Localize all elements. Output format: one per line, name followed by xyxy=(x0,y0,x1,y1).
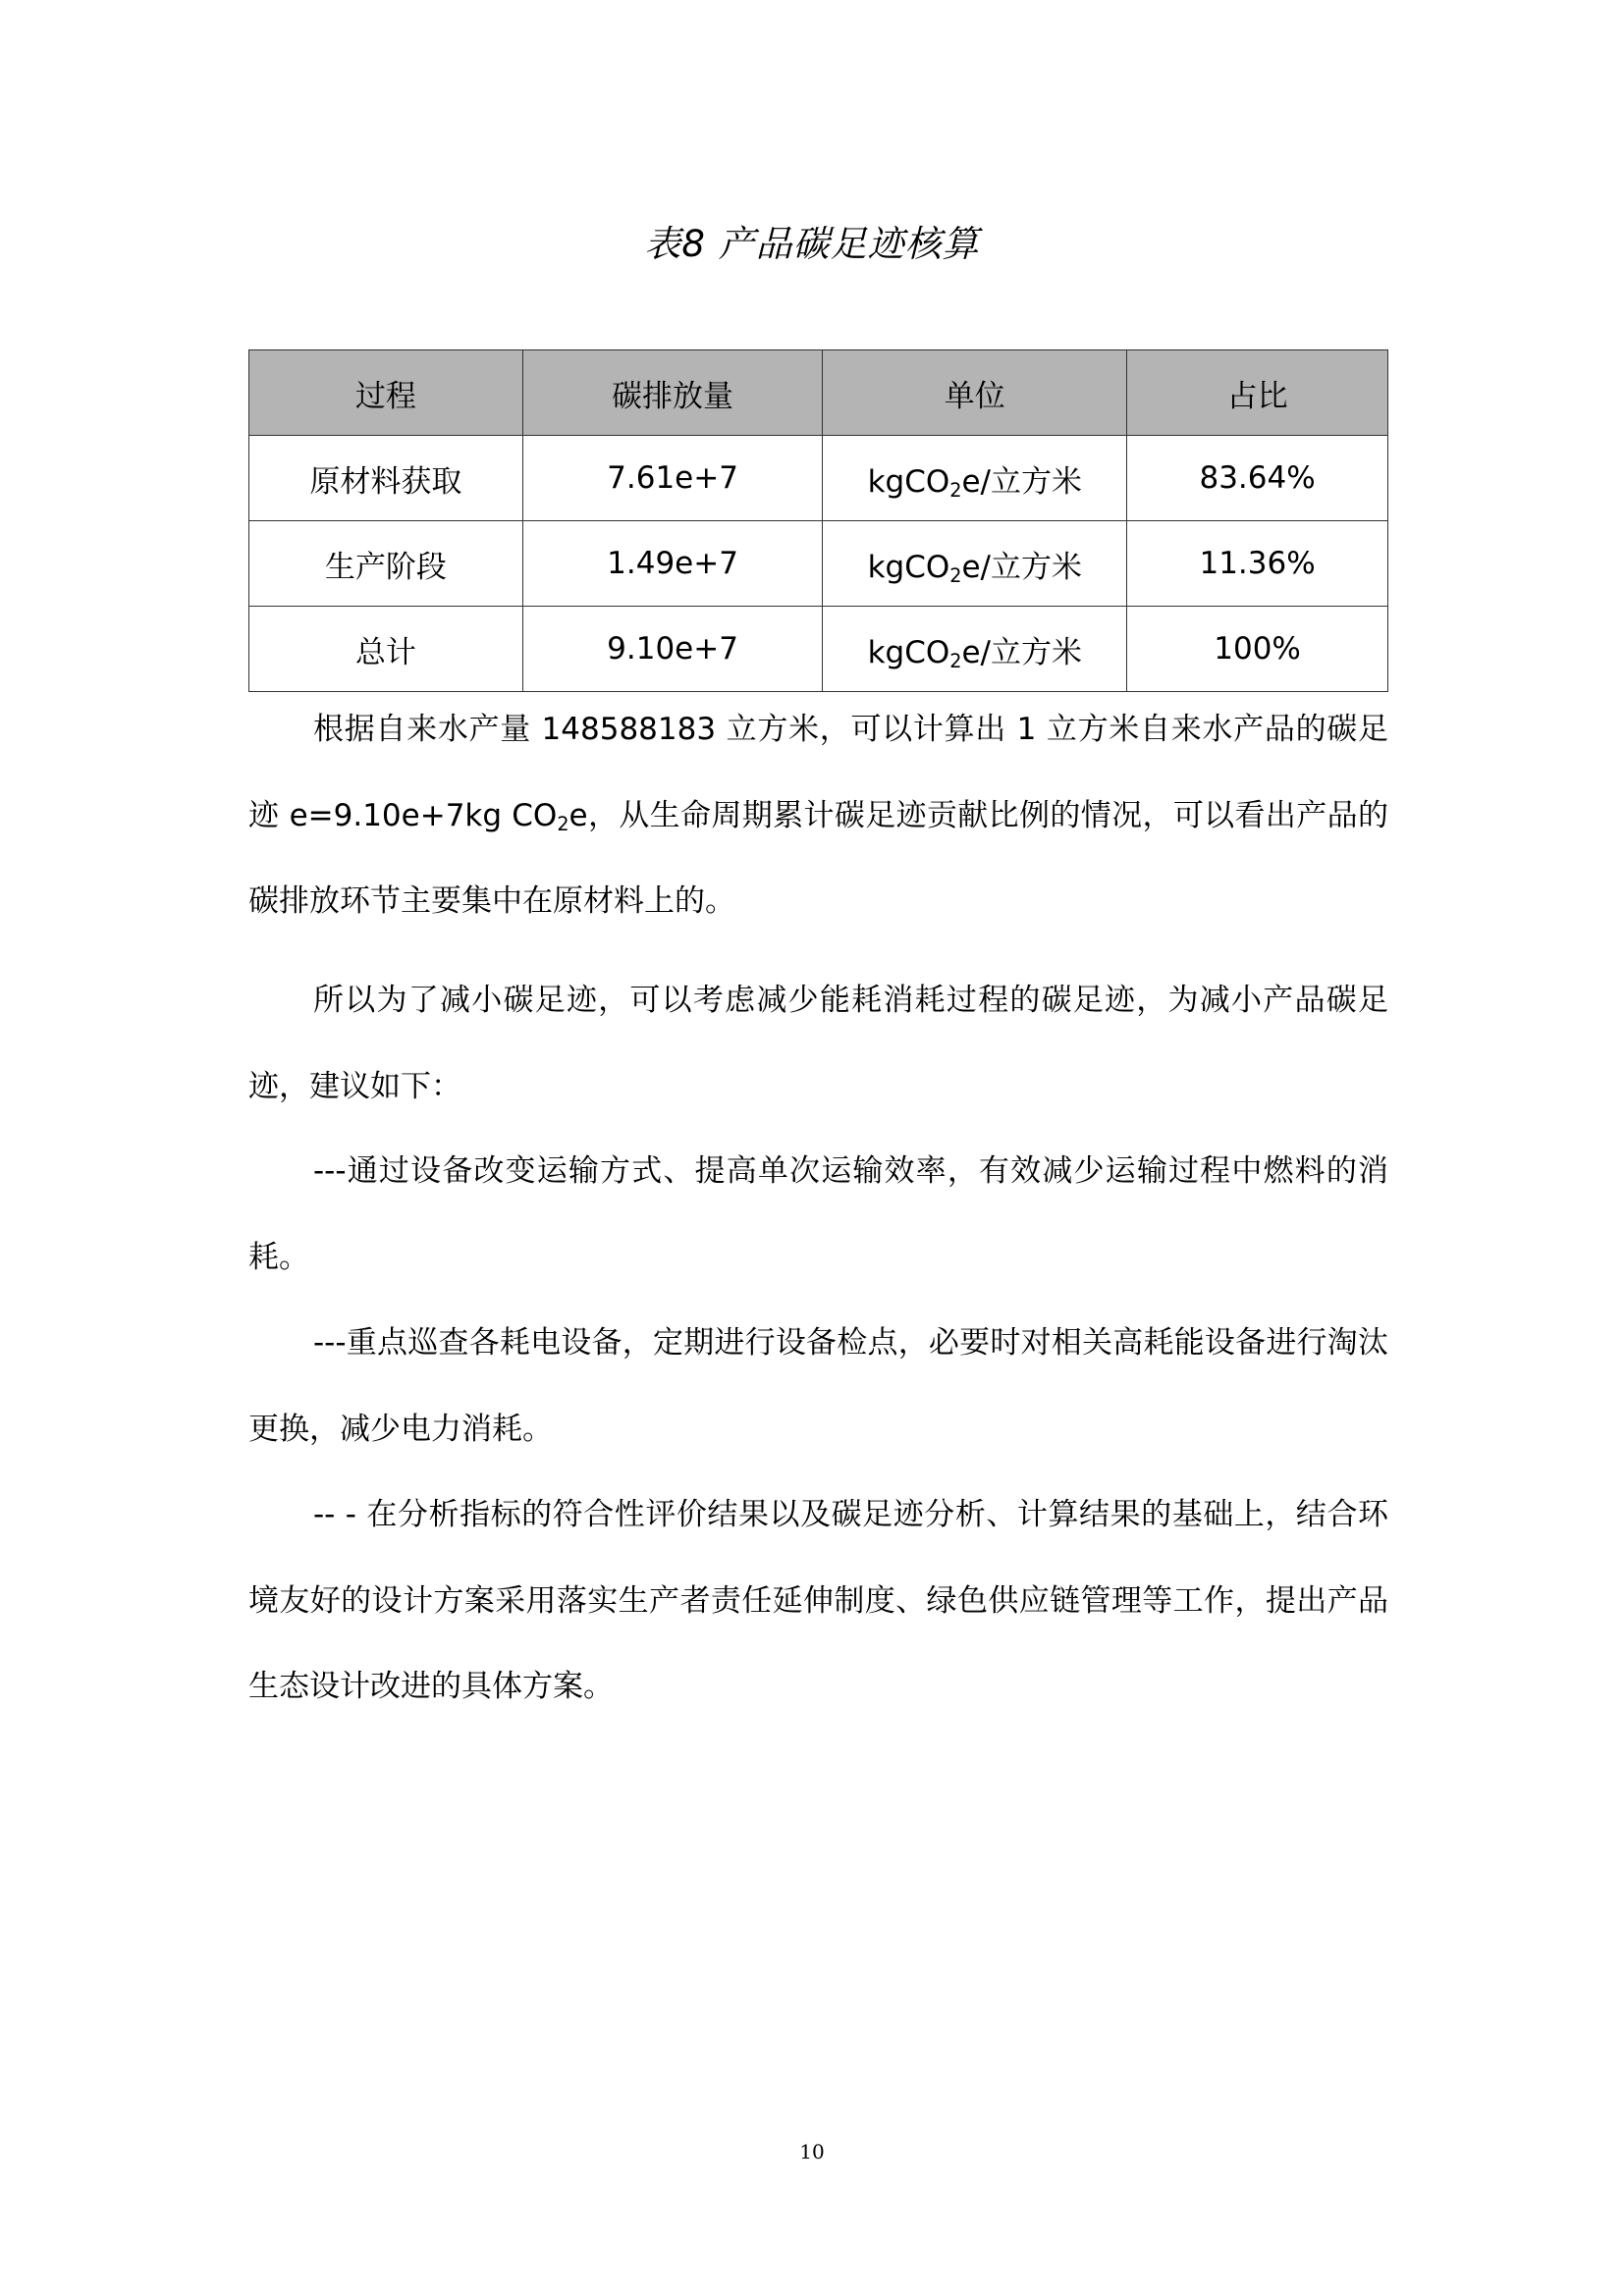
header-unit: 单位 xyxy=(823,350,1127,436)
page-number: 10 xyxy=(0,2140,1624,2163)
table-row: 总计 9.10e+7 kgCO2e/立方米 100% xyxy=(249,607,1388,692)
header-share: 占比 xyxy=(1127,350,1388,436)
suggestion-transport: ---通过设备改变运输方式、提高单次运输效率，有效减少运输过程中燃料的消耗。 xyxy=(248,1129,1388,1301)
suggestion-electricity: ---重点巡查各耗电设备，定期进行设备检点，必要时对相关高耗能设备进行淘汰更换，… xyxy=(248,1301,1388,1472)
unit-suffix: e/立方米 xyxy=(961,635,1082,670)
unit-prefix: kgCO xyxy=(868,550,950,585)
paragraph-calculation: 根据自来水产量 148588183 立方米，可以计算出 1 立方米自来水产品的碳… xyxy=(248,687,1388,945)
cell-share: 100% xyxy=(1127,607,1388,692)
header-emission: 碳排放量 xyxy=(522,350,823,436)
cell-unit: kgCO2e/立方米 xyxy=(823,521,1127,607)
cell-process: 原材料获取 xyxy=(249,436,523,521)
table-row: 原材料获取 7.61e+7 kgCO2e/立方米 83.64% xyxy=(249,436,1388,521)
unit-prefix: kgCO xyxy=(868,635,950,670)
unit-subscript: 2 xyxy=(949,478,961,501)
cell-unit: kgCO2e/立方米 xyxy=(823,436,1127,521)
cell-process: 总计 xyxy=(249,607,523,692)
cell-process: 生产阶段 xyxy=(249,521,523,607)
carbon-footprint-table: 过程 碳排放量 单位 占比 原材料获取 7.61e+7 kgCO2e/立方米 8… xyxy=(248,349,1388,692)
suggestion-ecodesign: -- - 在分析指标的符合性评价结果以及碳足迹分析、计算结果的基础上，结合环境友… xyxy=(248,1472,1388,1731)
unit-subscript: 2 xyxy=(949,563,961,586)
cell-emission: 7.61e+7 xyxy=(522,436,823,521)
unit-suffix: e/立方米 xyxy=(961,550,1082,585)
table-header-row: 过程 碳排放量 单位 占比 xyxy=(249,350,1388,436)
cell-share: 11.36% xyxy=(1127,521,1388,607)
paragraph-reduction: 所以为了减小碳足迹，可以考虑减少能耗消耗过程的碳足迹，为减小产品碳足迹，建议如下… xyxy=(248,958,1388,1130)
unit-prefix: kgCO xyxy=(868,464,950,500)
cell-emission: 1.49e+7 xyxy=(522,521,823,607)
header-process: 过程 xyxy=(249,350,523,436)
cell-unit: kgCO2e/立方米 xyxy=(823,607,1127,692)
cell-share: 83.64% xyxy=(1127,436,1388,521)
unit-suffix: e/立方米 xyxy=(961,464,1082,500)
co2-subscript: 2 xyxy=(557,812,568,834)
unit-subscript: 2 xyxy=(949,649,961,671)
cell-emission: 9.10e+7 xyxy=(522,607,823,692)
table-row: 生产阶段 1.49e+7 kgCO2e/立方米 11.36% xyxy=(249,521,1388,607)
table-caption: 表8 产品碳足迹核算 xyxy=(0,214,1624,267)
